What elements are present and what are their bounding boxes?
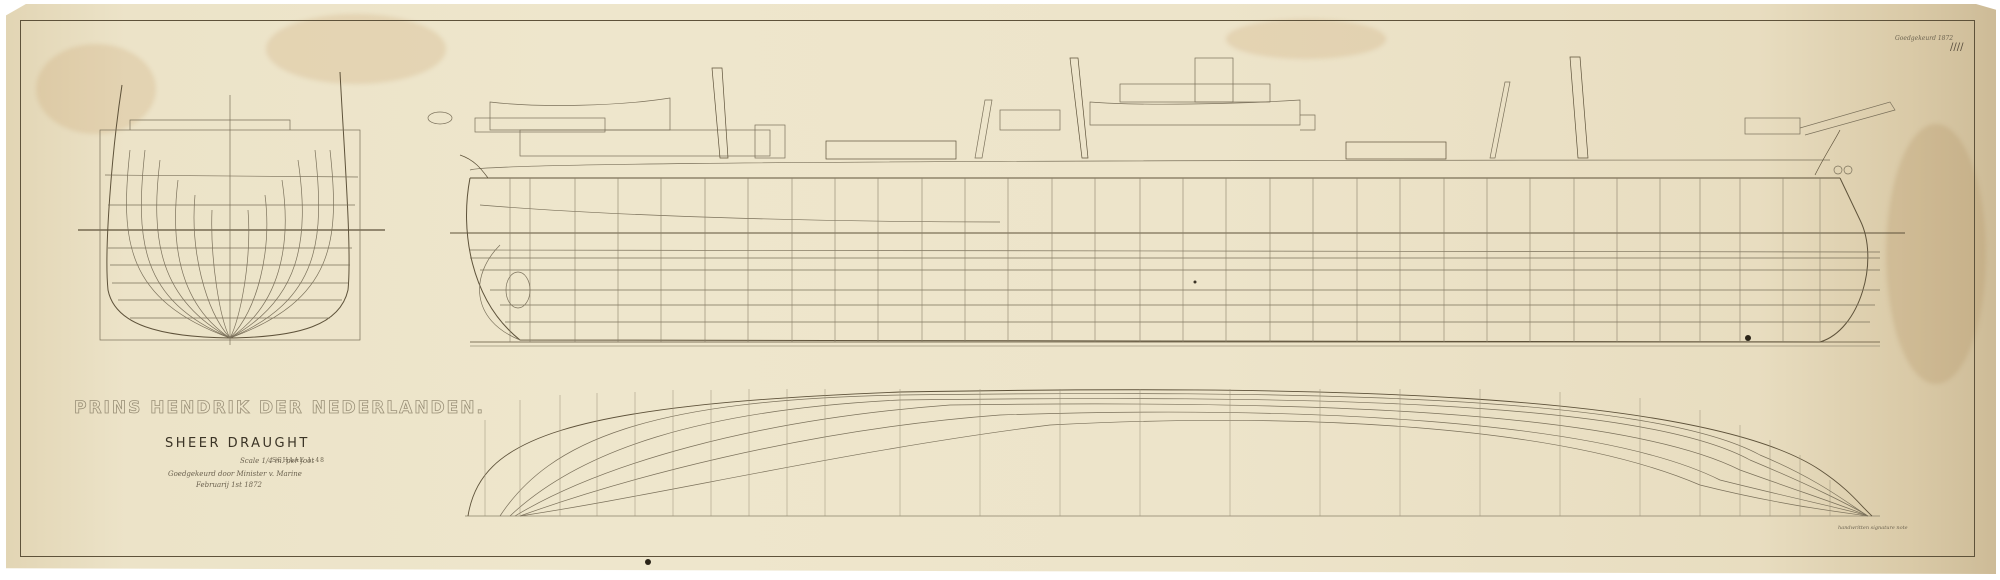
corner-annotation: Goedgekeurd 1872 — [1895, 35, 1953, 42]
sheer-plan — [428, 57, 1905, 346]
ship-lines-drawing — [0, 0, 2000, 580]
ship-name-title: PRINS HENDRIK DER NEDERLANDEN. — [74, 398, 485, 418]
scale-label: SCHAAL 1:48 — [272, 457, 325, 464]
drawing-title: SHEER DRAUGHT — [165, 436, 310, 451]
corner-mark: //// — [1950, 42, 1963, 53]
signature-note: handwritten signature note — [1838, 525, 1908, 532]
approval-note: Goedgekeurd door Minister v. Marine — [168, 470, 302, 478]
half-breadth-plan — [465, 389, 1880, 565]
body-plan — [78, 72, 385, 345]
approval-date: Februarij 1st 1872 — [196, 481, 262, 489]
